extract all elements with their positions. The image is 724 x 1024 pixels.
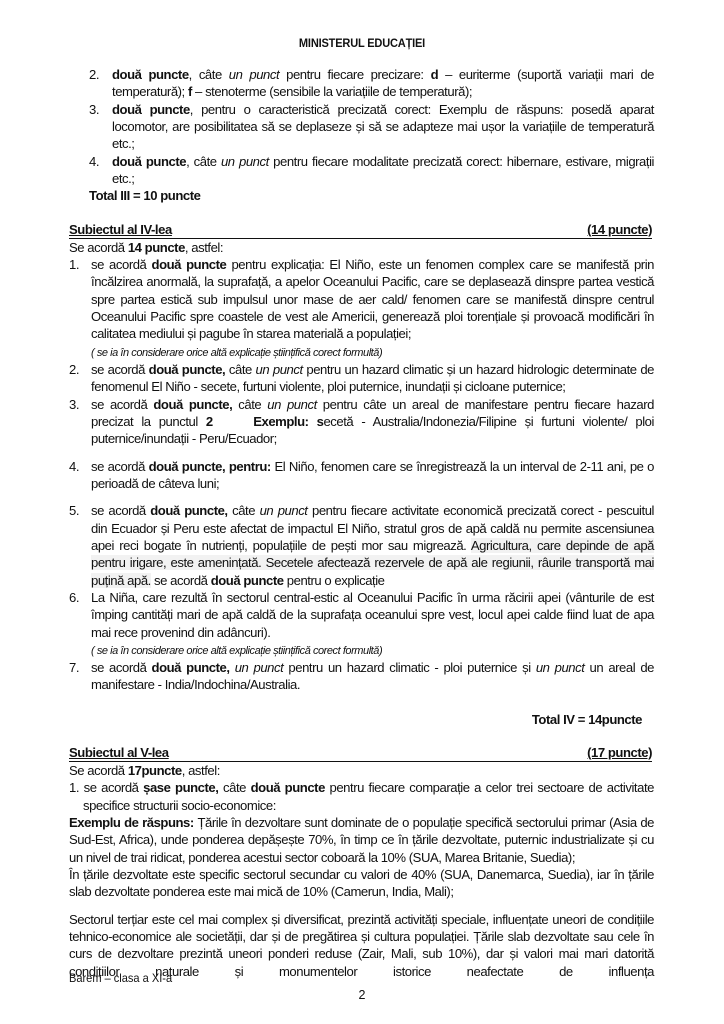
page-header: MINISTERUL EDUCAȚIEI xyxy=(29,36,695,50)
page-number: 2 xyxy=(0,988,724,1002)
section-iii-tail: 2. două puncte, câte un punct pentru fie… xyxy=(69,66,654,205)
list-item: 7. se acordă două puncte, un punct pentr… xyxy=(69,659,654,694)
document-page: MINISTERUL EDUCAȚIEI 2. două puncte, cât… xyxy=(0,0,724,1024)
list-item: 1. se acordă șase puncte, câte două punc… xyxy=(69,779,654,814)
note: ( se ia în considerare orice altă explic… xyxy=(91,645,382,657)
paragraph: În țările dezvoltate este specific secto… xyxy=(69,866,654,901)
list-item: 2. se acordă două puncte, câte un punct … xyxy=(69,361,654,396)
section-iv-intro: Se acordă 14 puncte, astfel: xyxy=(69,239,654,256)
footer-label: Barem – clasa a XI-a xyxy=(69,971,172,985)
list-item: 3. două puncte, pentru o caracteristică … xyxy=(69,101,654,153)
list-item: 5. se acordă două puncte, câte un punct … xyxy=(69,502,654,589)
total-iii: Total III = 10 puncte xyxy=(69,187,654,204)
list-item: 4. se acordă două puncte, pentru: El Niñ… xyxy=(69,458,654,493)
section-v-intro: Se acordă 17puncte, astfel: xyxy=(69,762,654,779)
section-v-heading: Subiectul al V-lea (17 puncte) xyxy=(69,745,652,762)
example-answer: Exemplu de răspuns: Țările în dezvoltare… xyxy=(69,814,654,866)
section-iv-heading: Subiectul al IV-lea (14 puncte) xyxy=(69,222,652,239)
note: ( se ia în considerare orice altă explic… xyxy=(91,347,382,359)
list-item: 6. La Niña, care rezultă în sectorul cen… xyxy=(69,589,654,659)
total-iv: Total IV = 14puncte xyxy=(69,711,654,728)
paragraph: Sectorul terțiar este cel mai complex și… xyxy=(69,911,654,980)
document-body: 2. două puncte, câte un punct pentru fie… xyxy=(69,66,654,980)
list-item: 3. se acordă două puncte, câte un punct … xyxy=(69,396,654,448)
list-item: 2. două puncte, câte un punct pentru fie… xyxy=(69,66,654,101)
list-item: 1. se acordă două puncte pentru explicaț… xyxy=(69,256,654,361)
list-item: 4. două puncte, câte un punct pentru fie… xyxy=(69,153,654,188)
